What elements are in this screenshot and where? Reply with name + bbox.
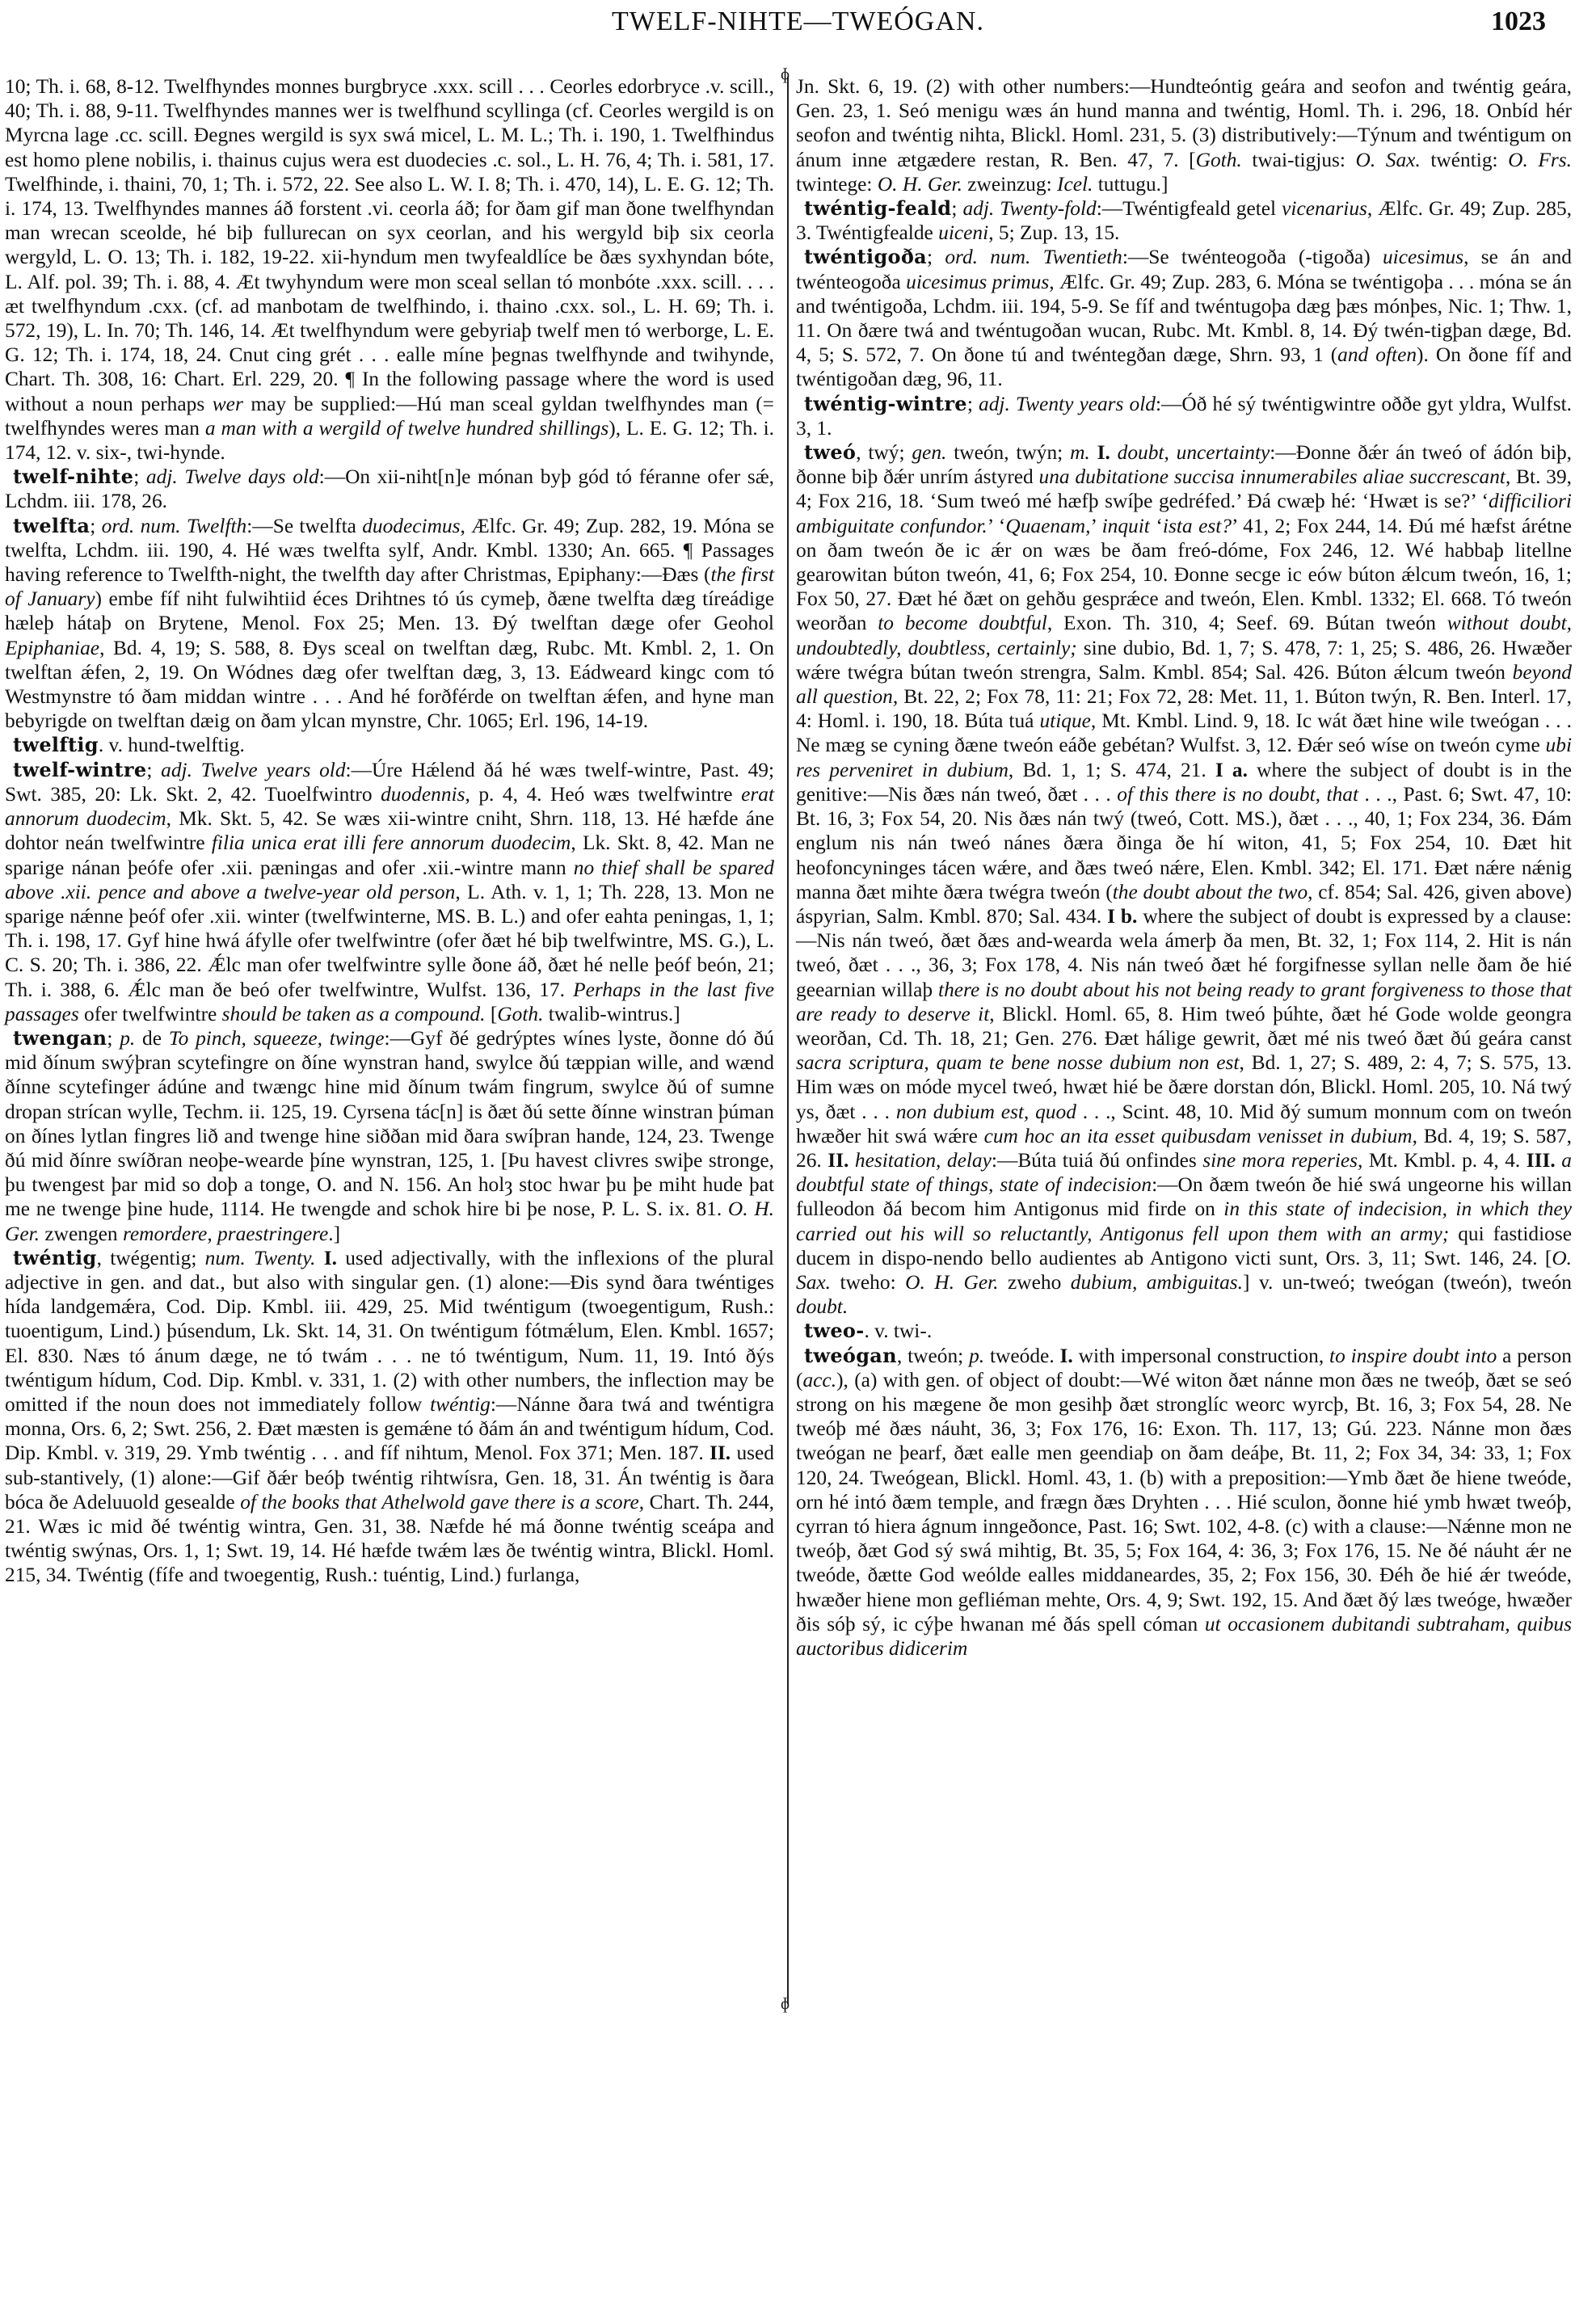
italic-text: non dubium est, quod xyxy=(896,1101,1076,1123)
entry-text: ), (a) with gen. of object of doubt:—Wé … xyxy=(796,1369,1572,1635)
sense-number: I b. xyxy=(1107,905,1137,928)
italic-text: to become doubtful xyxy=(878,612,1047,634)
italic-text: adj. Twelve years old xyxy=(161,759,345,781)
entry-text: ’ ‘ xyxy=(987,515,1006,537)
italic-text: O. Sax. xyxy=(1356,149,1421,171)
entry-text: tuttugu.] xyxy=(1093,173,1168,196)
entry-text: ; xyxy=(90,515,101,537)
headword: twéntig xyxy=(13,1246,97,1269)
dictionary-entry: twelftig. v. hund-twelftig. xyxy=(5,733,774,757)
entry-text: , Mt. Kmbl. p. 4, 4. xyxy=(1358,1149,1527,1172)
headword: tweó xyxy=(804,440,856,464)
entry-text: zweho xyxy=(999,1271,1071,1294)
headword: tweógan xyxy=(804,1344,897,1367)
italic-text: duodennis xyxy=(381,783,465,806)
italic-text: utique xyxy=(1039,709,1090,732)
sense-number: III. xyxy=(1527,1149,1556,1172)
dictionary-entry: twéntig, twégentig; num. Twenty. I. used… xyxy=(5,1246,774,1588)
italic-text: O. H. Ger. xyxy=(878,173,962,196)
entry-text: , 5; Zup. 13, 15. xyxy=(988,221,1119,244)
italic-text: acc. xyxy=(802,1369,836,1391)
italic-text: num. Twenty. xyxy=(205,1247,316,1269)
entry-text: ; xyxy=(967,393,979,415)
italic-text: doubt. xyxy=(796,1295,848,1318)
entry-text: ’ xyxy=(1090,515,1101,537)
entry-text: ; xyxy=(146,759,161,781)
headword: twéntigoða xyxy=(804,245,927,268)
italic-text: adj. Twelve days old xyxy=(146,465,319,488)
entry-text: , Bd. 1, 1; S. 474, 21. xyxy=(1009,759,1215,781)
entry-text xyxy=(1110,441,1118,464)
entry-text: zweinzug: xyxy=(962,173,1057,196)
italic-text: p. xyxy=(120,1027,135,1050)
italic-text: a man with a wergild of twelve hundred s… xyxy=(205,417,609,440)
dictionary-entry: twéntigoða; ord. num. Twentieth:—Se twén… xyxy=(796,245,1572,391)
sense-number: I. xyxy=(1097,441,1110,464)
headword: twelftig xyxy=(13,733,99,756)
entry-text: tweóde. xyxy=(984,1345,1059,1367)
italic-text: una dubitatione succisa innumerabiles al… xyxy=(1039,465,1505,488)
entry-text: ‘ xyxy=(1150,515,1163,537)
entry-text: tweho: xyxy=(831,1271,905,1294)
entry-text: de xyxy=(135,1027,169,1050)
italic-text: Goth. xyxy=(497,1003,543,1025)
dictionary-entry: twéntig-wintre; adj. Twenty years old:—Ó… xyxy=(796,392,1572,440)
column-divider-bottom-ornament: ɸ xyxy=(781,1996,790,2012)
entry-text: , Bd. 4, 19; S. 588, 8. Ðys sceal on twe… xyxy=(5,637,774,733)
entry-text: [ xyxy=(485,1003,497,1025)
italic-text: To pinch, squeeze, twinge xyxy=(169,1027,385,1050)
italic-text: Icel. xyxy=(1057,173,1093,196)
italic-text: to inspire doubt into xyxy=(1329,1345,1497,1367)
sense-number: II. xyxy=(710,1442,731,1464)
italic-text: dubium, ambiguitas. xyxy=(1071,1271,1243,1294)
dictionary-entry: tweógan, tweón; p. tweóde. I. with imper… xyxy=(796,1344,1572,1661)
entry-text: . v. twi-. xyxy=(864,1320,932,1342)
headword: twéntig-wintre xyxy=(804,392,967,415)
dictionary-entry: tweó, twý; gen. tweón, twýn; m. I. doubt… xyxy=(796,440,1572,1319)
dictionary-entry: twelfta; ord. num. Twelfth:—Se twelfta d… xyxy=(5,514,774,734)
entry-text: , twý; xyxy=(856,441,912,464)
dictionary-entry: twelf-nihte; adj. Twelve days old:—On xi… xyxy=(5,465,774,513)
entry-text: ; xyxy=(107,1027,120,1050)
entry-text: , twégentig; xyxy=(97,1247,205,1269)
italic-text: ista est? xyxy=(1163,515,1232,537)
entry-text: :—Búta tuiá ðú onfindes xyxy=(992,1149,1202,1172)
headword: twelf-nihte xyxy=(13,465,133,488)
left-column: 10; Th. i. 68, 8-12. Twelfhyndes monnes … xyxy=(5,74,774,1588)
italic-text: ord. num. Twelfth xyxy=(102,515,247,537)
sense-number: I. xyxy=(1060,1345,1073,1367)
italic-text: O. H. Ger. xyxy=(905,1271,998,1294)
entry-text: tweón, twýn; xyxy=(946,441,1070,464)
italic-text: adj. Twenty-fold xyxy=(962,197,1096,220)
entry-text: :—Gyf ðé gedrýptes wínes lyste, ðonne dó… xyxy=(5,1027,774,1220)
entry-text: twéntig: xyxy=(1421,149,1508,171)
entry-continuation: Jn. Skt. 6, 19. (2) with other numbers:—… xyxy=(796,74,1572,196)
italic-text: inquit xyxy=(1102,515,1150,537)
headword: twengan xyxy=(13,1026,107,1050)
italic-text: ord. num. Twentieth xyxy=(945,246,1122,268)
italic-text: uicesimus xyxy=(1383,246,1463,268)
entry-text: 10; Th. i. 68, 8-12. Twelfhyndes monnes … xyxy=(5,75,774,415)
italic-text: hesitation, delay xyxy=(855,1149,992,1172)
column-divider-top-ornament: ɸ xyxy=(781,66,790,82)
sense-number: I a. xyxy=(1215,759,1248,781)
entry-text: . v. hund-twelftig. xyxy=(99,734,245,756)
italic-text: Goth. xyxy=(1196,149,1242,171)
headword: twelfta xyxy=(13,514,90,537)
italic-text: duodecimus xyxy=(362,515,460,537)
italic-text: sacra scriptura, quam te bene nosse dubi… xyxy=(796,1051,1239,1074)
italic-text: vicenarius xyxy=(1282,197,1367,220)
column-divider xyxy=(787,77,789,2004)
dictionary-entry: tweo-. v. twi-. xyxy=(796,1319,1572,1343)
italic-text: remordere, praestringere xyxy=(123,1223,328,1245)
entry-text: twintege: xyxy=(796,173,878,196)
entry-text xyxy=(1090,441,1097,464)
entry-text: , p. 4, 4. Heó wæs twelfwintre xyxy=(465,783,741,806)
entry-text: ) embe fíf niht fulwihtiid éces Drihtnes… xyxy=(5,587,774,634)
italic-text: O. Frs. xyxy=(1508,149,1572,171)
page-number: 1023 xyxy=(1491,6,1546,37)
entry-text: .] xyxy=(328,1223,340,1245)
italic-text: gen. xyxy=(912,441,946,464)
italic-text: filia unica erat illi fere annorum duode… xyxy=(212,831,571,854)
headword: twéntig-feald xyxy=(804,196,951,220)
right-column: Jn. Skt. 6, 19. (2) with other numbers:—… xyxy=(796,74,1572,1661)
entry-text: :—Se twénteogoða (-tigoða) xyxy=(1122,246,1383,268)
entry-text: twalib-wintrus.] xyxy=(543,1003,680,1025)
dictionary-entry: twéntig-feald; adj. Twenty-fold:—Twéntig… xyxy=(796,196,1572,245)
sense-number: II. xyxy=(827,1149,849,1172)
headword: twelf-wintre xyxy=(13,758,146,781)
italic-text: p. xyxy=(969,1345,984,1367)
entry-text xyxy=(849,1149,855,1172)
entry-text: twai-tigjus: xyxy=(1242,149,1356,171)
entry-text: , Exon. Th. 310, 4; Seef. 69. Bútan tweó… xyxy=(1047,612,1447,634)
entry-text: ; xyxy=(951,197,962,220)
italic-text: adj. Twenty years old xyxy=(979,393,1156,415)
dictionary-entry: twelf-wintre; adj. Twelve years old:—Úre… xyxy=(5,758,774,1026)
italic-text: cum hoc an ita esset quibusdam venisset … xyxy=(984,1125,1413,1147)
italic-text: doubt, uncertainty xyxy=(1118,441,1270,464)
dictionary-entry: twengan; p. de To pinch, squeeze, twinge… xyxy=(5,1026,774,1246)
italic-text: m. xyxy=(1070,441,1090,464)
entry-text: :—Se twelfta xyxy=(246,515,362,537)
entry-text: zwengen xyxy=(40,1223,123,1245)
entry-text: ] v. un-tweó; tweógan (tweón), tweón xyxy=(1243,1271,1572,1294)
italic-text: Epiphaniae xyxy=(5,637,99,659)
italic-text: twéntig xyxy=(430,1393,491,1416)
entry-text: :—Twéntigfeald getel xyxy=(1097,197,1282,220)
entry-text: ofer twelfwintre xyxy=(79,1003,222,1025)
italic-text: of the books that Athelwold gave there i… xyxy=(240,1491,639,1513)
italic-text: sine mora reperies xyxy=(1202,1149,1358,1172)
italic-text: the doubt about the two xyxy=(1113,881,1308,903)
entry-text: with impersonal construction, xyxy=(1073,1345,1329,1367)
entry-text: ; xyxy=(927,246,945,268)
italic-text: Quaenam, xyxy=(1005,515,1090,537)
italic-text: and often xyxy=(1337,343,1417,366)
italic-text: should be taken as a compound. xyxy=(222,1003,486,1025)
italic-text: uiceni xyxy=(938,221,988,244)
entry-continuation: 10; Th. i. 68, 8-12. Twelfhyndes monnes … xyxy=(5,74,774,465)
sense-number: I. xyxy=(324,1247,337,1269)
running-header: TWELF-NIHTE—TWEÓGAN. 1023 xyxy=(0,6,1596,39)
italic-text: wer xyxy=(213,393,243,415)
headword: tweo- xyxy=(804,1319,864,1342)
entry-text: , tweón; xyxy=(897,1345,969,1367)
page-title: TWELF-NIHTE—TWEÓGAN. xyxy=(0,6,1596,37)
italic-text: of this there is no doubt, that xyxy=(1117,783,1358,806)
entry-text: ; xyxy=(133,465,146,488)
entry-text xyxy=(315,1247,323,1269)
entry-text: used adjectivally, with the inflexions o… xyxy=(5,1247,774,1416)
italic-text: uicesimus primus xyxy=(906,271,1049,293)
